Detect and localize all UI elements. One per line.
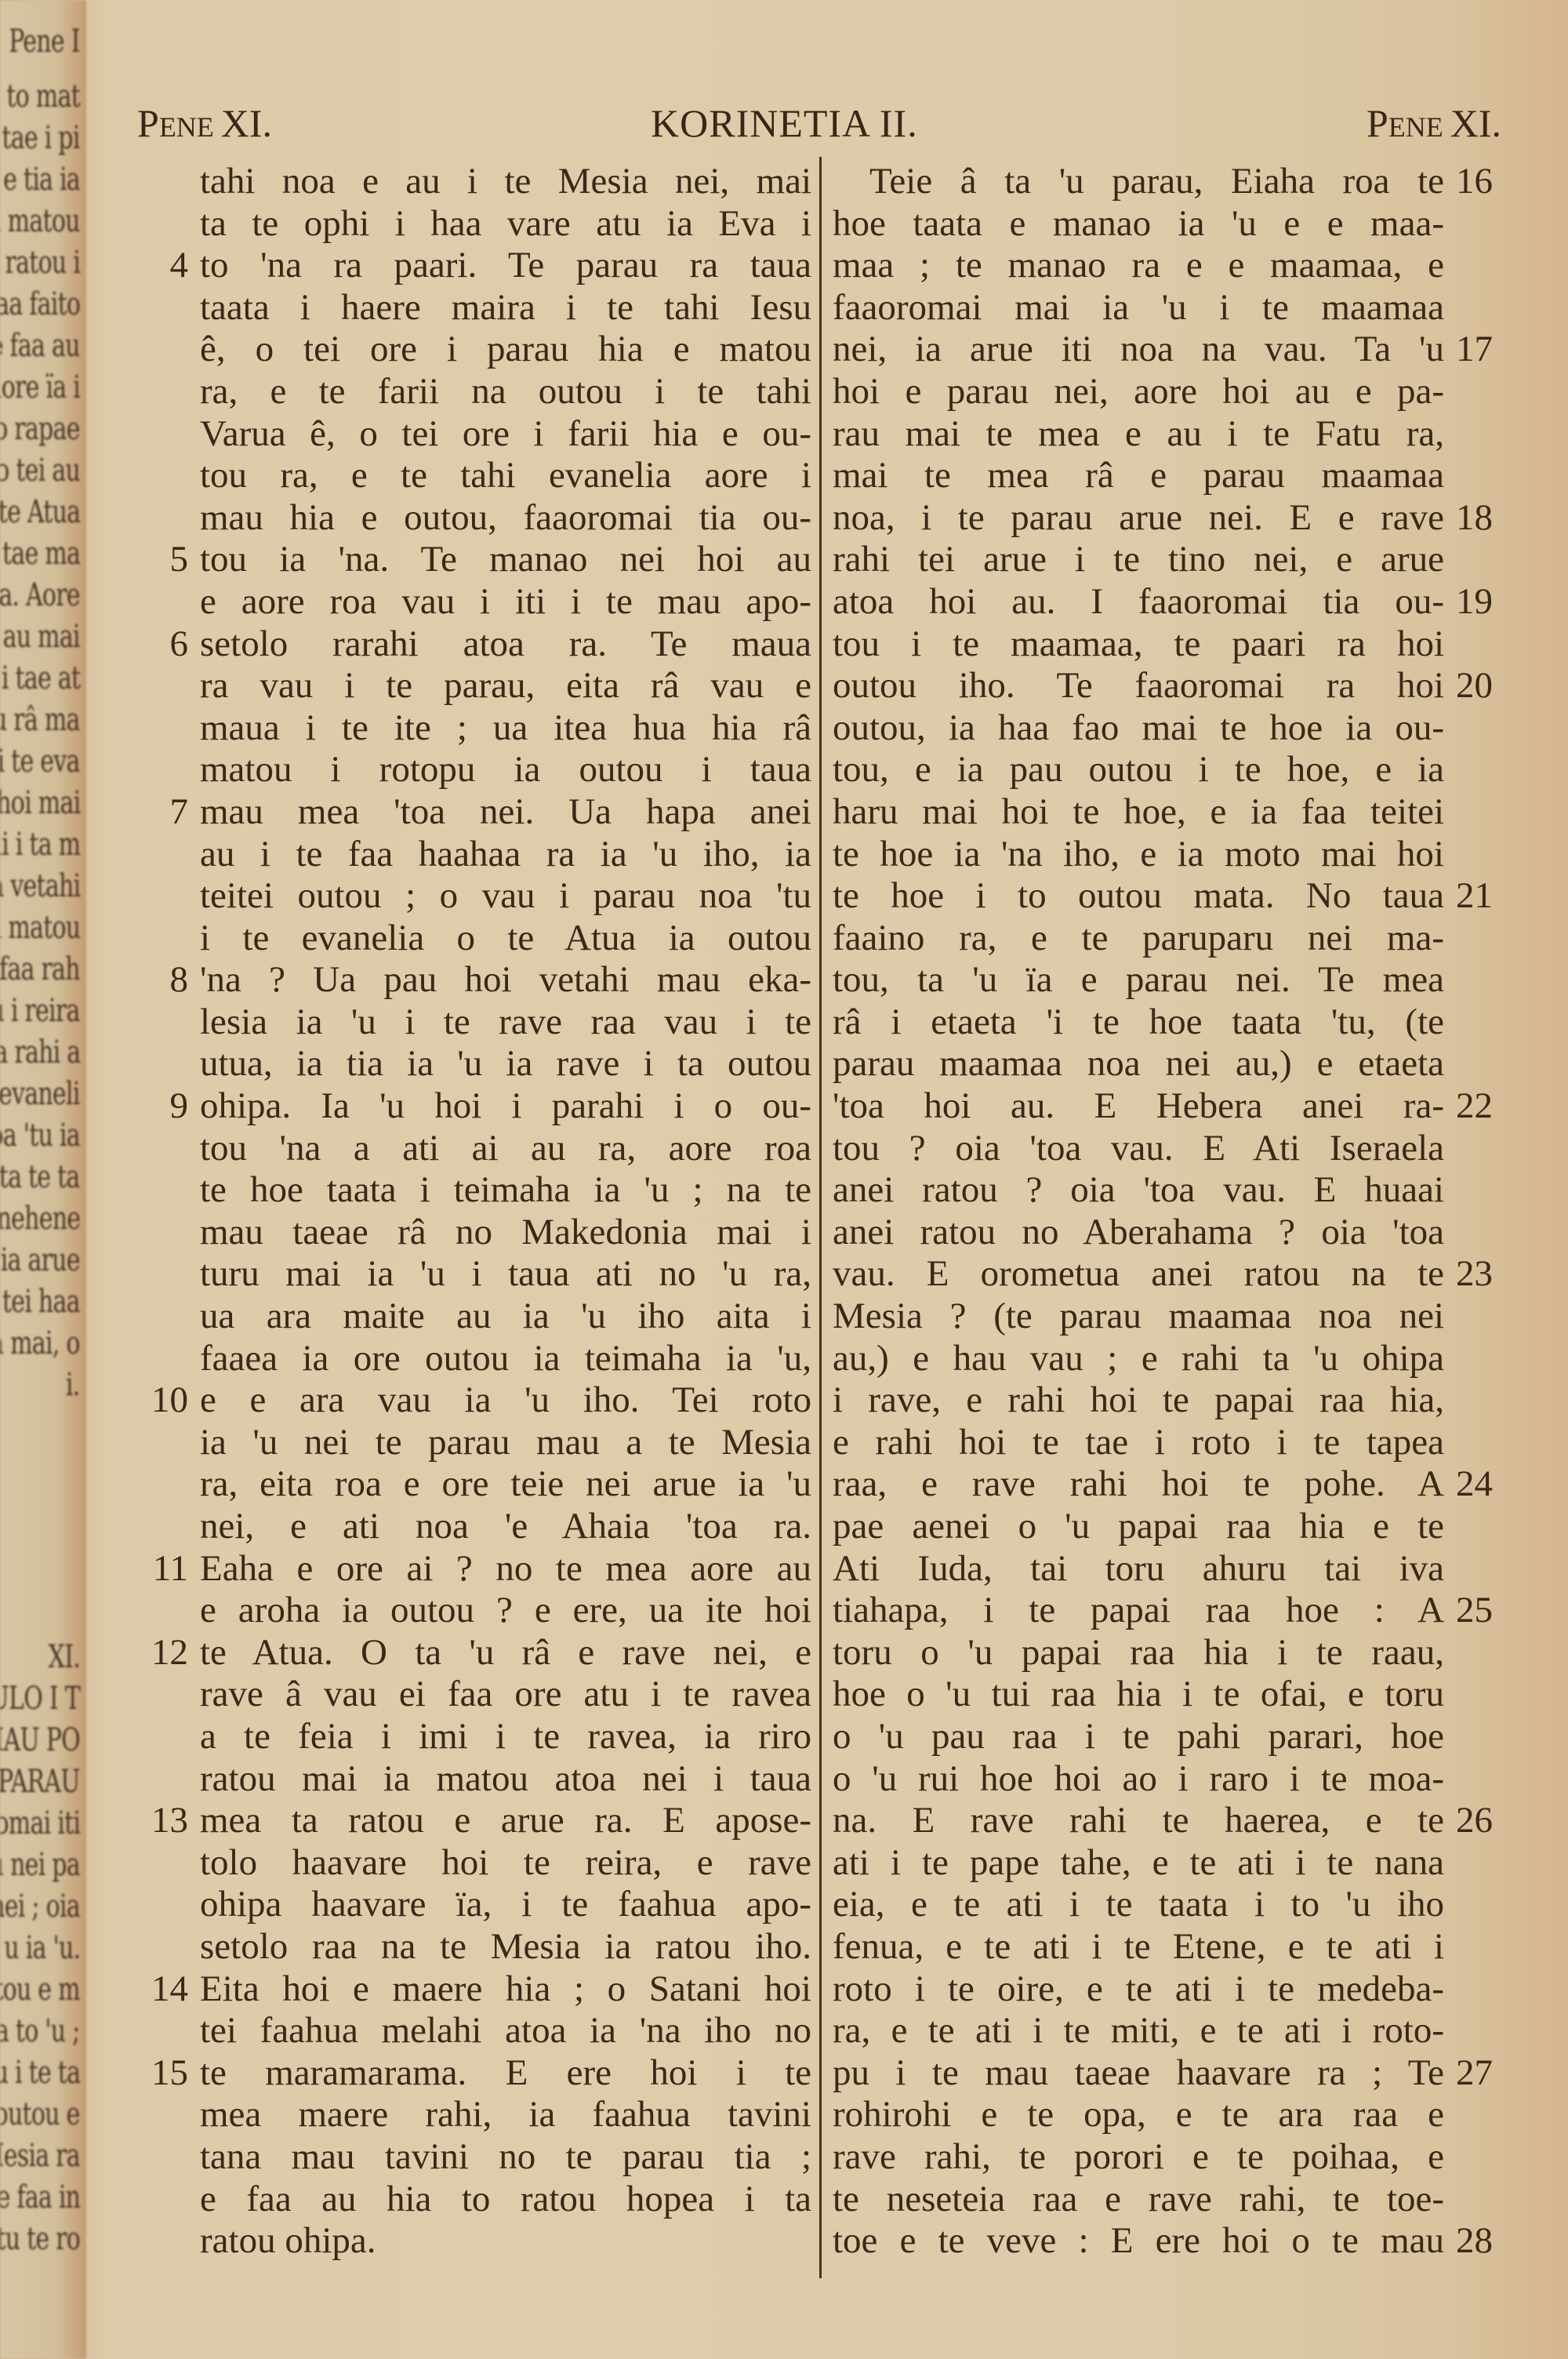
- line-text: to 'na ra paari. Te parau ra taua: [200, 245, 811, 285]
- line-text: parau maamaa noa nei au,) e etaeta: [833, 1043, 1444, 1084]
- verse-number: 13: [151, 1800, 188, 1842]
- line-text: faaoromai mai ia 'u i te maamaa: [833, 287, 1444, 328]
- book-title: KORINETIA II.: [651, 100, 918, 146]
- line-text: hoe o 'u tui raa hia i te ofai, e toru: [833, 1674, 1444, 1714]
- line-text: fenua, e te ati i te Etene, e te ati i: [833, 1926, 1444, 1967]
- verse-number: 22: [1456, 1085, 1493, 1128]
- text-line: e e ara vau ia 'u iho. Tei roto10: [200, 1379, 811, 1422]
- prev-page-line: nehene: [0, 1201, 80, 1237]
- line-text: a te feia i imi i te ravea, ia riro: [200, 1716, 811, 1757]
- line-text: tou i te maamaa, te paari ra hoi: [833, 623, 1444, 664]
- text-line: i rave, e rahi hoi te papai raa hia,: [833, 1379, 1444, 1422]
- line-text: teitei outou ; o vau i parau noa 'tu: [200, 875, 811, 916]
- line-text: te neseteia raa e rave rahi, te toe-: [833, 2179, 1444, 2219]
- line-text: e faa au hia to ratou hopea i ta: [200, 2179, 811, 2219]
- line-text: te hoe ia 'na iho, e ia moto mai hoi: [833, 834, 1444, 874]
- verse-number: 27: [1456, 2052, 1493, 2095]
- text-line: to 'na ra paari. Te parau ra taua4: [200, 245, 811, 287]
- text-line: mau taeae râ no Makedonia mai i: [200, 1212, 811, 1254]
- verse-number: 19: [1456, 581, 1493, 623]
- line-text: Teie â ta 'u parau, Eiaha roa te: [833, 161, 1444, 202]
- line-text: faaea ia ore outou ia teimaha ia 'u,: [200, 1338, 811, 1379]
- prev-page-line: , e faa rah: [0, 951, 80, 987]
- line-text: pu i te mau taeae haavare ra ; Te: [833, 2052, 1444, 2093]
- text-line: a te feia i imi i te ravea, ia riro: [200, 1716, 811, 1758]
- line-text: rave â vau ei faa ore atu i te ravea: [200, 1674, 811, 1714]
- line-text: 'na ? Ua pau hoi vetahi mau eka-: [200, 959, 811, 1000]
- line-text: ratou ohipa.: [200, 2220, 376, 2261]
- text-line: vau. E orometua anei ratou na te23: [833, 1253, 1444, 1296]
- line-text: râ i etaeta 'i te hoe taata 'tu, (te: [833, 1001, 1444, 1042]
- chapter-label-left: PENE XI.: [137, 100, 272, 146]
- verse-number: 9: [170, 1085, 189, 1128]
- text-line: ia 'u nei te parau mau a te Mesia: [200, 1422, 811, 1464]
- prev-page-line: oa ia matou: [0, 203, 80, 239]
- line-text: rahi tei arue i te tino nei, e arue: [833, 539, 1444, 580]
- line-text: ra vau i te parau, eita râ vau e: [200, 665, 811, 706]
- prev-page-line: i ta te ta: [0, 1159, 80, 1195]
- verse-number: 6: [170, 623, 189, 666]
- line-text: raa, e rave rahi hoi te pohe. A: [833, 1463, 1444, 1504]
- text-line: roto i te oire, e te ati i te medeba-: [833, 1968, 1444, 2011]
- line-text: te maramarama. E ere hoi i te: [200, 2052, 811, 2093]
- text-line: tou ra, e te tahi evanelia aore i: [200, 455, 811, 497]
- text-line: Eita hoi e maere hia ; o Satani hoi14: [200, 1968, 811, 2011]
- right-column: Teie â ta 'u parau, Eiaha roa te16hoe ta…: [833, 161, 1444, 2263]
- line-text: Varua ê, o tei ore i farii hia e ou-: [200, 413, 811, 454]
- verse-number: 26: [1456, 1800, 1493, 1842]
- prev-page-line: ia outou e: [0, 2096, 80, 2132]
- line-text: ohipa haavare ïa, i te faahua apo-: [200, 1884, 811, 1925]
- text-line: parau maamaa noa nei au,) e etaeta: [833, 1043, 1444, 1085]
- line-text: anei ratou ? oia 'toa vau. E huaai: [833, 1169, 1444, 1210]
- prev-page-line: ra, o to mat: [0, 78, 80, 114]
- prev-page-header: Pene I: [9, 24, 80, 60]
- text-line: au i te faa haahaa ra ia 'u iho, ia: [200, 834, 811, 876]
- line-text: roto i te oire, e te ati i te medeba-: [833, 1968, 1444, 2009]
- text-line: faaea ia ore outou ia teimaha ia 'u,: [200, 1338, 811, 1380]
- text-line: tana mau tavini no te parau tia ;: [200, 2136, 811, 2179]
- line-text: o 'u pau raa i te pahi parari, hoe: [833, 1716, 1444, 1757]
- text-line: 'na ? Ua pau hoi vetahi mau eka-8: [200, 959, 811, 1001]
- line-text: tou ? oia 'toa vau. E Ati Iseraela: [833, 1128, 1444, 1169]
- verse-number: 4: [170, 245, 189, 287]
- text-line: tou ia 'na. Te manao nei hoi au5: [200, 539, 811, 581]
- prev-page-line: XI.: [49, 1639, 81, 1675]
- line-text: toru o 'u papai raa hia i te raau,: [833, 1632, 1444, 1673]
- line-text: e aroha ia outou ? e ere, ua ite hoi: [200, 1590, 811, 1630]
- prev-page-line: a e te Atua: [0, 494, 80, 530]
- line-text: hoe taata e manao ia 'u e e maa-: [833, 203, 1444, 244]
- verse-number: 11: [153, 1548, 188, 1590]
- line-text: tahi noa e au i te Mesia nei, mai: [200, 161, 811, 202]
- text-line: ratou mai ia matou atoa nei i taua: [200, 1758, 811, 1801]
- text-line: te maramarama. E ere hoi i te15: [200, 2052, 811, 2095]
- text-line: ohipa. Ia 'u hoi i parahi i o ou-9: [200, 1085, 811, 1128]
- line-text: tou 'na a ati ai au ra, aore roa: [200, 1128, 811, 1169]
- verse-number: 28: [1456, 2220, 1493, 2263]
- text-line: matou i rotopu ia outou i taua: [200, 749, 811, 791]
- text-line: noa, i te parau arue nei. E e rave18: [833, 497, 1444, 540]
- text-line: hoe o 'u tui raa hia i te ofai, e toru: [833, 1674, 1444, 1716]
- text-line: faaoromai mai ia 'u i te maamaa: [833, 287, 1444, 329]
- text-line: maua i te ite ; ua itea hua hia râ: [200, 707, 811, 750]
- text-line: setolo raa na te Mesia ia ratou iho.: [200, 1926, 811, 1968]
- text-line: e faa au hia to ratou hopea i ta: [200, 2179, 811, 2221]
- text-line: ohipa haavare ïa, i te faahua apo-: [200, 1884, 811, 1926]
- line-text: mea ta ratou e arue ra. E apose-: [200, 1800, 811, 1841]
- text-line: e aroha ia outou ? e ere, ua ite hoi: [200, 1590, 811, 1632]
- prev-page-line: te faa in: [0, 2179, 80, 2215]
- line-text: pae aenei o 'u papai raa hia e te: [833, 1506, 1444, 1547]
- line-text: te hoe i to outou mata. No taua: [833, 875, 1444, 916]
- prev-page-line: tei haa: [2, 1284, 80, 1320]
- line-text: mea maere rahi, ia faahua tavini: [200, 2094, 811, 2135]
- text-line: au,) e hau vau ; e rahi ta 'u ohipa: [833, 1338, 1444, 1380]
- text-line: tou 'na a ati ai au ra, aore roa: [200, 1128, 811, 1170]
- text-line: rahi tei arue i te tino nei, e arue: [833, 539, 1444, 581]
- line-text: ra, eita roa e ore teie nei arue ia 'u: [200, 1463, 811, 1504]
- line-text: ratou mai ia matou atoa nei i taua: [200, 1758, 811, 1799]
- prev-page-line: a mai, o: [0, 1325, 80, 1361]
- line-text: tou ia 'na. Te manao nei hoi au: [200, 539, 811, 580]
- line-text: te hoe taata i teimaha ia 'u ; na te: [200, 1169, 811, 1210]
- text-line: mau hia e outou, faaoromai tia ou-: [200, 497, 811, 540]
- text-line: atoa hoi au. I faaoromai tia ou-19: [833, 581, 1444, 623]
- text-line: hoe taata e manao ia 'u e e maa-: [833, 203, 1444, 245]
- line-text: maa ; te manao ra e e maamaa, e: [833, 245, 1444, 285]
- text-line: turu mai ia 'u i taua ati no 'u ra,: [200, 1253, 811, 1296]
- text-line: tiahapa, i te papai raa hoe : A25: [833, 1590, 1444, 1632]
- text-line: toe e te veve : E ere hoi o te mau28: [833, 2220, 1444, 2263]
- text-line: setolo rarahi atoa ra. Te maua6: [200, 623, 811, 666]
- line-text: turu mai ia 'u i taua ati no 'u ra,: [200, 1253, 811, 1294]
- prev-page-line: te evaneli: [0, 1076, 80, 1112]
- line-text: rau mai te mea e au i te Fatu ra,: [833, 413, 1444, 454]
- verse-number: 17: [1456, 329, 1493, 371]
- prev-page-line: 'u nei pa: [0, 1847, 80, 1883]
- line-text: i rave, e rahi hoi te papai raa hia,: [833, 1379, 1444, 1420]
- text-line: anei ratou no Aberahama ? oia 'toa: [833, 1212, 1444, 1254]
- line-text: toe e te veve : E ere hoi o te mau: [833, 2220, 1444, 2261]
- prev-page-line: MAU PO: [0, 1722, 80, 1758]
- text-line: nei, ia arue iti noa na vau. Ta 'u17: [833, 329, 1444, 371]
- text-line: Ati Iuda, tai toru ahuru tai iva: [833, 1548, 1444, 1590]
- prev-page-line: e faa faito: [0, 286, 80, 322]
- line-text: vau. E orometua anei ratou na te: [833, 1253, 1444, 1294]
- text-line: Eaha e ore ai ? no te mea aore au11: [200, 1548, 811, 1590]
- text-line: e rahi hoi te tae i roto i te tapea: [833, 1422, 1444, 1464]
- text-line: e aore roa vau i iti i te mau apo-: [200, 581, 811, 623]
- line-text: ra, e te farii na outou i te tahi: [200, 371, 811, 412]
- line-text: mau hia e outou, faaoromai tia ou-: [200, 497, 811, 538]
- text-line: ua ara maite au ia 'u iho aita i: [200, 1296, 811, 1338]
- line-text: faaino ra, e te paruparu nei ma-: [833, 918, 1444, 958]
- prev-page-line: oromai iti: [0, 1805, 80, 1841]
- prev-page-line: ue i to rapae: [0, 411, 80, 447]
- line-text: ohipa. Ia 'u hoi i parahi i o ou-: [200, 1085, 811, 1126]
- prev-page-line: u ia 'u.: [4, 1930, 80, 1966]
- text-line: na. E rave rahi te haerea, e te26: [833, 1800, 1444, 1842]
- text-line: râ i etaeta 'i te hoe taata 'tu, (te: [833, 1001, 1444, 1044]
- prev-page-line: , aore ïa i: [0, 369, 80, 405]
- line-text: te Atua. O ta 'u râ e rave nei, e: [200, 1632, 811, 1673]
- verse-number: 12: [151, 1632, 188, 1674]
- prev-page-line: nei ; oia: [0, 1888, 80, 1925]
- line-text: hoi e parau nei, aore hoi au e pa-: [833, 371, 1444, 412]
- verse-number: 23: [1456, 1253, 1493, 1296]
- text-line: mea ta ratou e arue ra. E apose-13: [200, 1800, 811, 1842]
- line-text: au i te faa haahaa ra ia 'u iho, ia: [200, 834, 811, 874]
- line-text: nei, ia arue iti noa na vau. Ta 'u: [833, 329, 1444, 369]
- line-text: Eita hoi e maere hia ; o Satani hoi: [200, 1968, 811, 2009]
- text-line: maa ; te manao ra e e maamaa, e: [833, 245, 1444, 287]
- prev-page-line: raa i te eva: [0, 743, 80, 780]
- verse-number: 5: [170, 539, 189, 581]
- text-line: utua, ia tia ia 'u ia rave i ta outou: [200, 1043, 811, 1085]
- text-line: rave â vau ei faa ore atu i te ravea: [200, 1674, 811, 1716]
- line-text: eia, e te ati i te taata i to 'u iho: [833, 1884, 1444, 1925]
- line-text: rohirohi e te opa, e te ara raa e: [833, 2094, 1444, 2135]
- text-line: te hoe ia 'na iho, e ia moto mai hoi: [833, 834, 1444, 876]
- text-line: teitei outou ; o vau i parau noa 'tu: [200, 875, 811, 918]
- line-text: atoa hoi au. I faaoromai tia ou-: [833, 581, 1444, 622]
- prev-page-line: PARAU: [0, 1764, 80, 1800]
- line-text: ua ara maite au ia 'u iho aita i: [200, 1296, 811, 1336]
- text-line: o 'u rui hoe hoi ao i raro i te moa-: [833, 1758, 1444, 1801]
- text-line: Mesia ? (te parau maamaa noa nei: [833, 1296, 1444, 1338]
- text-line: te Atua. O ta 'u râ e rave nei, e12: [200, 1632, 811, 1674]
- line-text: Eaha e ore ai ? no te mea aore au: [200, 1548, 811, 1589]
- prev-page-line: mai i ta m: [0, 827, 80, 863]
- line-text: ati i te pape tahe, e te ati i te nana: [833, 1842, 1444, 1883]
- text-line: rave rahi, te porori e te poihaa, e: [833, 2136, 1444, 2179]
- text-line: ta te ophi i haa vare atu ia Eva i: [200, 203, 811, 245]
- line-text: e e ara vau ia 'u iho. Tei roto: [200, 1379, 811, 1420]
- text-line: outou iho. Te faaoromai ra hoi20: [833, 665, 1444, 707]
- text-line: Varua ê, o tei ore i farii hia e ou-: [200, 413, 811, 456]
- line-text: ra, e te ati i te miti, e te ati i roto-: [833, 2010, 1444, 2051]
- previous-page-edge: Pene Ira, o to matia tae i piatou e tia …: [0, 0, 86, 2359]
- verse-number: 24: [1456, 1463, 1493, 1506]
- line-text: setolo raa na te Mesia ia ratou iho.: [200, 1926, 811, 1967]
- prev-page-line: e te faa au: [0, 328, 80, 364]
- text-line: te neseteia raa e rave rahi, te toe-: [833, 2179, 1444, 2221]
- text-line: nei, e ati noa 'e Ahaia 'toa ra.: [200, 1506, 811, 1548]
- prev-page-line: ia arue: [1, 1242, 80, 1278]
- verse-number: 25: [1456, 1590, 1493, 1632]
- line-text: matou i rotopu ia outou i taua: [200, 749, 811, 790]
- line-text: o 'u rui hoe hoi ao i raro i te moa-: [833, 1758, 1444, 1799]
- text-line: tou i te maamaa, te paari ra hoi: [833, 623, 1444, 666]
- prev-page-line: aore i tae at: [0, 660, 80, 696]
- prev-page-line: e Mesia ra: [0, 2138, 80, 2174]
- text-line: haru mai hoi te hoe, e ia faa teitei: [833, 791, 1444, 834]
- line-text: ia 'u nei te parau mau a te Mesia: [200, 1422, 811, 1463]
- text-line: ra vau i te parau, eita râ vau e: [200, 665, 811, 707]
- text-line: ati i te pape tahe, e te ati i te nana: [833, 1842, 1444, 1885]
- text-line: mai te mea râ e parau maamaa: [833, 455, 1444, 497]
- line-text: au,) e hau vau ; e rahi ta 'u ohipa: [833, 1338, 1444, 1379]
- text-line: rau mai te mea e au i te Fatu ra,: [833, 413, 1444, 456]
- text-line: taata i haere maira i te tahi Iesu: [200, 287, 811, 329]
- column-divider: [819, 157, 822, 2278]
- prev-page-line: ou i reira: [0, 993, 80, 1029]
- line-text: mau taeae râ no Makedonia mai i: [200, 1212, 811, 1252]
- verse-number: 7: [170, 791, 189, 834]
- text-line: ra, eita roa e ore teie nei arue ia 'u: [200, 1463, 811, 1506]
- line-text: haru mai hoi te hoe, e ia faa teitei: [833, 791, 1444, 832]
- verse-number: 20: [1456, 665, 1493, 707]
- text-line: ê, o tei ore i parau hia e matou: [200, 329, 811, 371]
- text-line: mau mea 'toa nei. Ua hapa anei7: [200, 791, 811, 834]
- line-text: tolo haavare hoi te reira, e rave: [200, 1842, 811, 1883]
- text-line: ra, e te ati i te miti, e te ati i roto-: [833, 2010, 1444, 2052]
- prev-page-line: atu te ro: [0, 2221, 80, 2257]
- text-line: fenua, e te ati i te Etene, e te ati i: [833, 1926, 1444, 1968]
- prev-page-line: ao, o tei au: [0, 453, 80, 489]
- prev-page-line: na. Aore: [0, 577, 80, 613]
- text-line: ra, e te farii na outou i te tahi: [200, 371, 811, 413]
- text-line: hoi e parau nei, aore hoi au e pa-: [833, 371, 1444, 413]
- verse-number: 21: [1456, 875, 1493, 918]
- prev-page-line: ia tae i pi: [0, 120, 80, 156]
- text-line: Teie â ta 'u parau, Eiaha roa te16: [833, 161, 1444, 203]
- line-text: noa, i te parau arue nei. E e rave: [833, 497, 1444, 538]
- prev-page-line: i.: [66, 1367, 80, 1403]
- prev-page-line: atou e tia ia: [0, 162, 80, 198]
- text-line: ratou ohipa.: [200, 2220, 811, 2263]
- text-line: lesia ia 'u i te rave raa vau i te: [200, 1001, 811, 1044]
- verse-number: 8: [170, 959, 189, 1001]
- line-text: tou, ta 'u ïa e parau nei. Te mea: [833, 959, 1444, 1000]
- line-text: na. E rave rahi te haerea, e te: [833, 1800, 1444, 1841]
- line-text: outou, ia haa fao mai te hoe ia ou-: [833, 707, 1444, 748]
- text-line: faaino ra, e te paruparu nei ma-: [833, 918, 1444, 960]
- prev-page-line: râ matou: [0, 910, 80, 946]
- verse-number: 10: [151, 1379, 188, 1422]
- prev-page-line: ULO I T: [0, 1681, 80, 1717]
- line-text: e aore roa vau i iti i te mau apo-: [200, 581, 811, 622]
- line-text: tana mau tavini no te parau tia ;: [200, 2136, 811, 2177]
- prev-page-line: ra ia tae ma: [0, 536, 80, 572]
- line-text: tei faahua melahi atoa ia 'na iho no: [200, 2010, 811, 2051]
- prev-page-line: outou e m: [0, 1972, 80, 2008]
- line-text: tou, e ia pau outou i te hoe, e ia: [833, 749, 1444, 790]
- line-text: e rahi hoi te tae i roto i te tapea: [833, 1422, 1444, 1463]
- text-line: tou, e ia pau outou i te hoe, e ia: [833, 749, 1444, 791]
- line-text: nei, e ati noa 'e Ahaia 'toa ra.: [200, 1506, 811, 1547]
- prev-page-line: re hoi mai: [0, 785, 80, 821]
- text-line: tahi noa e au i te Mesia nei, mai: [200, 161, 811, 203]
- line-text: tou ra, e te tahi evanelia aore i: [200, 455, 811, 496]
- line-text: outou iho. Te faaoromai ra hoi: [833, 665, 1444, 706]
- line-text: rave rahi, te porori e te poihaa, e: [833, 2136, 1444, 2177]
- line-text: ê, o tei ore i parau hia e matou: [200, 329, 811, 369]
- verse-number: 18: [1456, 497, 1493, 540]
- text-line: tolo haavare hoi te reira, e rave: [200, 1842, 811, 1885]
- line-text: lesia ia 'u i te rave raa vau i te: [200, 1001, 811, 1042]
- line-text: ta te ophi i haa vare atu ia Eva i: [200, 203, 811, 244]
- line-text: utua, ia tia ia 'u ia rave i ta outou: [200, 1043, 811, 1084]
- prev-page-line: ai ia ratou i: [0, 245, 80, 281]
- text-line: te hoe i to outou mata. No taua21: [833, 875, 1444, 918]
- verse-number: 14: [151, 1968, 188, 2011]
- prev-page-line: oa 'tu râ ma: [0, 702, 80, 738]
- line-text: Mesia ? (te parau maamaa noa nei: [833, 1296, 1444, 1336]
- chapter-label-right: PENE XI.: [1367, 100, 1501, 146]
- prev-page-line: ra to 'u ;: [0, 2013, 80, 2049]
- text-line: pu i te mau taeae haavare ra ; Te27: [833, 2052, 1444, 2095]
- line-text: anei ratou no Aberahama ? oia 'toa: [833, 1212, 1444, 1252]
- text-line: eia, e te ati i te taata i to 'u iho: [833, 1884, 1444, 1926]
- text-line: tou, ta 'u ïa e parau nei. Te mea: [833, 959, 1444, 1001]
- prev-page-line: oa 'tu ia: [0, 1118, 80, 1154]
- prev-page-line: au i te ta: [0, 2055, 80, 2091]
- text-line: pae aenei o 'u papai raa hia e te: [833, 1506, 1444, 1548]
- line-text: i te evanelia o te Atua ia outou: [200, 918, 811, 958]
- prev-page-line: ia rahi a: [0, 1034, 80, 1070]
- line-text: taata i haere maira i te tahi Iesu: [200, 287, 811, 328]
- line-text: mai te mea râ e parau maamaa: [833, 455, 1444, 496]
- text-line: anei ratou ? oia 'toa vau. E huaai: [833, 1169, 1444, 1212]
- verse-number: 15: [151, 2052, 188, 2095]
- text-line: mea maere rahi, ia faahua tavini: [200, 2094, 811, 2136]
- text-line: i te evanelia o te Atua ia outou: [200, 918, 811, 960]
- text-line: outou, ia haa fao mai te hoe ia ou-: [833, 707, 1444, 750]
- text-line: rohirohi e te opa, e te ara raa e: [833, 2094, 1444, 2136]
- page-header: PENE XI. KORINETIA II. PENE XI.: [137, 100, 1501, 147]
- line-text: setolo rarahi atoa ra. Te maua: [200, 623, 811, 664]
- line-text: mau mea 'toa nei. Ua hapa anei: [200, 791, 811, 832]
- text-line: raa, e rave rahi hoi te pohe. A24: [833, 1463, 1444, 1506]
- text-line: 'toa hoi au. E Hebera anei ra-22: [833, 1085, 1444, 1128]
- text-line: te hoe taata i teimaha ia 'u ; na te: [200, 1169, 811, 1212]
- line-text: tiahapa, i te papai raa hoe : A: [833, 1590, 1444, 1630]
- text-line: toru o 'u papai raa hia i te raau,: [833, 1632, 1444, 1674]
- left-column: tahi noa e au i te Mesia nei, maita te o…: [200, 161, 811, 2263]
- line-text: 'toa hoi au. E Hebera anei ra-: [833, 1085, 1444, 1126]
- line-text: maua i te ite ; ua itea hua hia râ: [200, 707, 811, 748]
- prev-page-line: ta vetahi: [0, 868, 80, 904]
- verse-number: 16: [1456, 161, 1493, 203]
- prev-page-line: pae au mai: [0, 619, 80, 655]
- text-line: tou ? oia 'toa vau. E Ati Iseraela: [833, 1128, 1444, 1170]
- text-line: o 'u pau raa i te pahi parari, hoe: [833, 1716, 1444, 1758]
- text-line: tei faahua melahi atoa ia 'na iho no: [200, 2010, 811, 2052]
- line-text: Ati Iuda, tai toru ahuru tai iva: [833, 1548, 1444, 1589]
